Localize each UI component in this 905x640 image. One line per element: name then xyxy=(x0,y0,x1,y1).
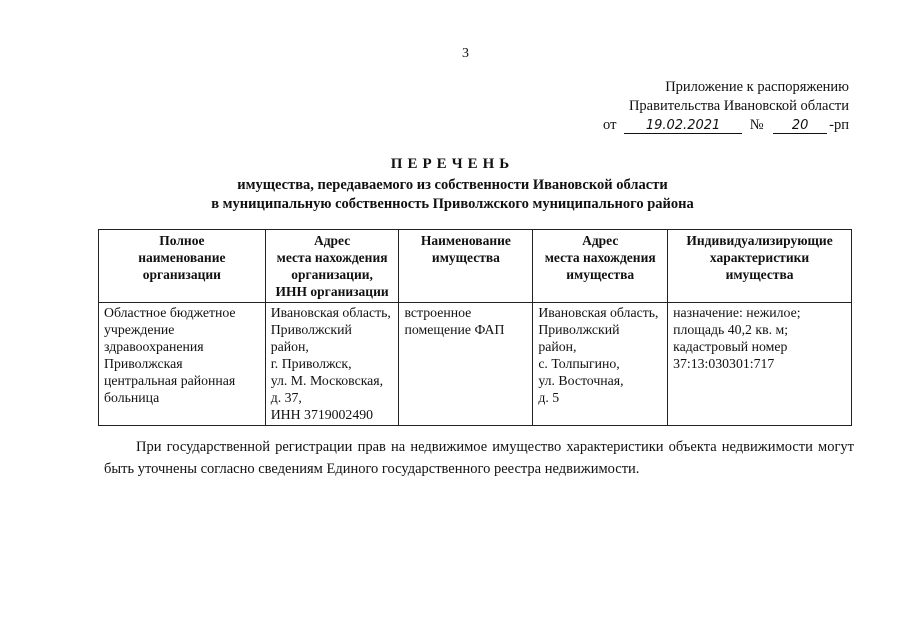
cell-line: район, xyxy=(538,338,662,355)
cell-line: кадастровый номер xyxy=(673,338,846,355)
table-row: Областное бюджетноеучреждениездравоохран… xyxy=(99,303,852,426)
header-organization-name: Полноенаименованиеорганизации xyxy=(99,230,266,303)
cell-line: ул. Восточная, xyxy=(538,372,662,389)
subtitle-line-1: имущества, передаваемого из собственност… xyxy=(0,176,905,195)
page-number: 3 xyxy=(462,46,469,62)
cell-line: ул. М. Московская, xyxy=(271,372,394,389)
cell-line: Приволжский xyxy=(538,321,662,338)
appendix-header: Приложение к распоряжению Правительства … xyxy=(603,78,849,135)
table-header-row: ПолноенаименованиеорганизацииАдресместа … xyxy=(99,230,852,303)
cell-property-name: встроенноепомещение ФАП xyxy=(399,303,533,426)
cell-line: Областное бюджетное xyxy=(104,304,260,321)
cell-line: ИНН 3719002490 xyxy=(271,406,394,423)
property-table: ПолноенаименованиеорганизацииАдресместа … xyxy=(98,229,852,426)
cell-line: г. Приволжск, xyxy=(271,355,394,372)
header-property-characteristics: Индивидуализирующиехарактеристикиимущест… xyxy=(668,230,852,303)
cell-line: учреждение xyxy=(104,321,260,338)
cell-line: площадь 40,2 кв. м; xyxy=(673,321,846,338)
cell-line: район, xyxy=(271,338,394,355)
cell-property-characteristics: назначение: нежилое;площадь 40,2 кв. м;к… xyxy=(668,303,852,426)
cell-line: центральная районная xyxy=(104,372,260,389)
header-line: имущества xyxy=(538,266,662,283)
cell-line: помещение ФАП xyxy=(404,321,527,338)
appendix-line-2: Правительства Ивановской области xyxy=(603,97,849,116)
cell-line: 37:13:030301:717 xyxy=(673,355,846,372)
number-suffix: -рп xyxy=(829,117,849,133)
cell-line: Ивановская область, xyxy=(538,304,662,321)
cell-property-address: Ивановская область,Приволжскийрайон,с. Т… xyxy=(533,303,668,426)
number-label: № xyxy=(750,117,764,133)
cell-line: Приволжский xyxy=(271,321,394,338)
header-line: имущества xyxy=(404,249,527,266)
handwritten-date: 19.02.2021 xyxy=(624,118,742,134)
document-title: ПЕРЕЧЕНЬ xyxy=(0,156,905,173)
cell-line: назначение: нежилое; xyxy=(673,304,846,321)
appendix-date-number: от 19.02.2021 № 20-рп xyxy=(603,116,849,135)
handwritten-number: 20 xyxy=(773,118,827,134)
cell-line: д. 37, xyxy=(271,389,394,406)
cell-line: больница xyxy=(104,389,260,406)
header-line: места нахождения xyxy=(538,249,662,266)
cell-line: здравоохранения xyxy=(104,338,260,355)
header-property-name: Наименованиеимущества xyxy=(399,230,533,303)
header-line: организации xyxy=(104,266,260,283)
cell-line: встроенное xyxy=(404,304,527,321)
note-paragraph: При государственной регистрации прав на … xyxy=(104,436,854,480)
header-line: имущества xyxy=(673,266,846,283)
document-subtitle: имущества, передаваемого из собственност… xyxy=(0,176,905,214)
header-organization-address: Адресместа нахожденияорганизации,ИНН орг… xyxy=(265,230,399,303)
header-line: места нахождения xyxy=(271,249,394,266)
cell-line: Ивановская область, xyxy=(271,304,394,321)
cell-organization-address: Ивановская область,Приволжскийрайон,г. П… xyxy=(265,303,399,426)
header-line: организации, xyxy=(271,266,394,283)
from-label: от xyxy=(603,117,616,133)
header-line: Адрес xyxy=(538,232,662,249)
header-line: Адрес xyxy=(271,232,394,249)
cell-line: Приволжская xyxy=(104,355,260,372)
header-line: характеристики xyxy=(673,249,846,266)
header-line: Полное xyxy=(104,232,260,249)
cell-line: с. Толпыгино, xyxy=(538,355,662,372)
header-line: наименование xyxy=(104,249,260,266)
header-property-address: Адресместа нахожденияимущества xyxy=(533,230,668,303)
subtitle-line-2: в муниципальную собственность Приволжско… xyxy=(0,195,905,214)
header-line: ИНН организации xyxy=(271,283,394,300)
cell-line: д. 5 xyxy=(538,389,662,406)
appendix-line-1: Приложение к распоряжению xyxy=(603,78,849,97)
cell-organization-name: Областное бюджетноеучреждениездравоохран… xyxy=(99,303,266,426)
header-line: Индивидуализирующие xyxy=(673,232,846,249)
header-line: Наименование xyxy=(404,232,527,249)
